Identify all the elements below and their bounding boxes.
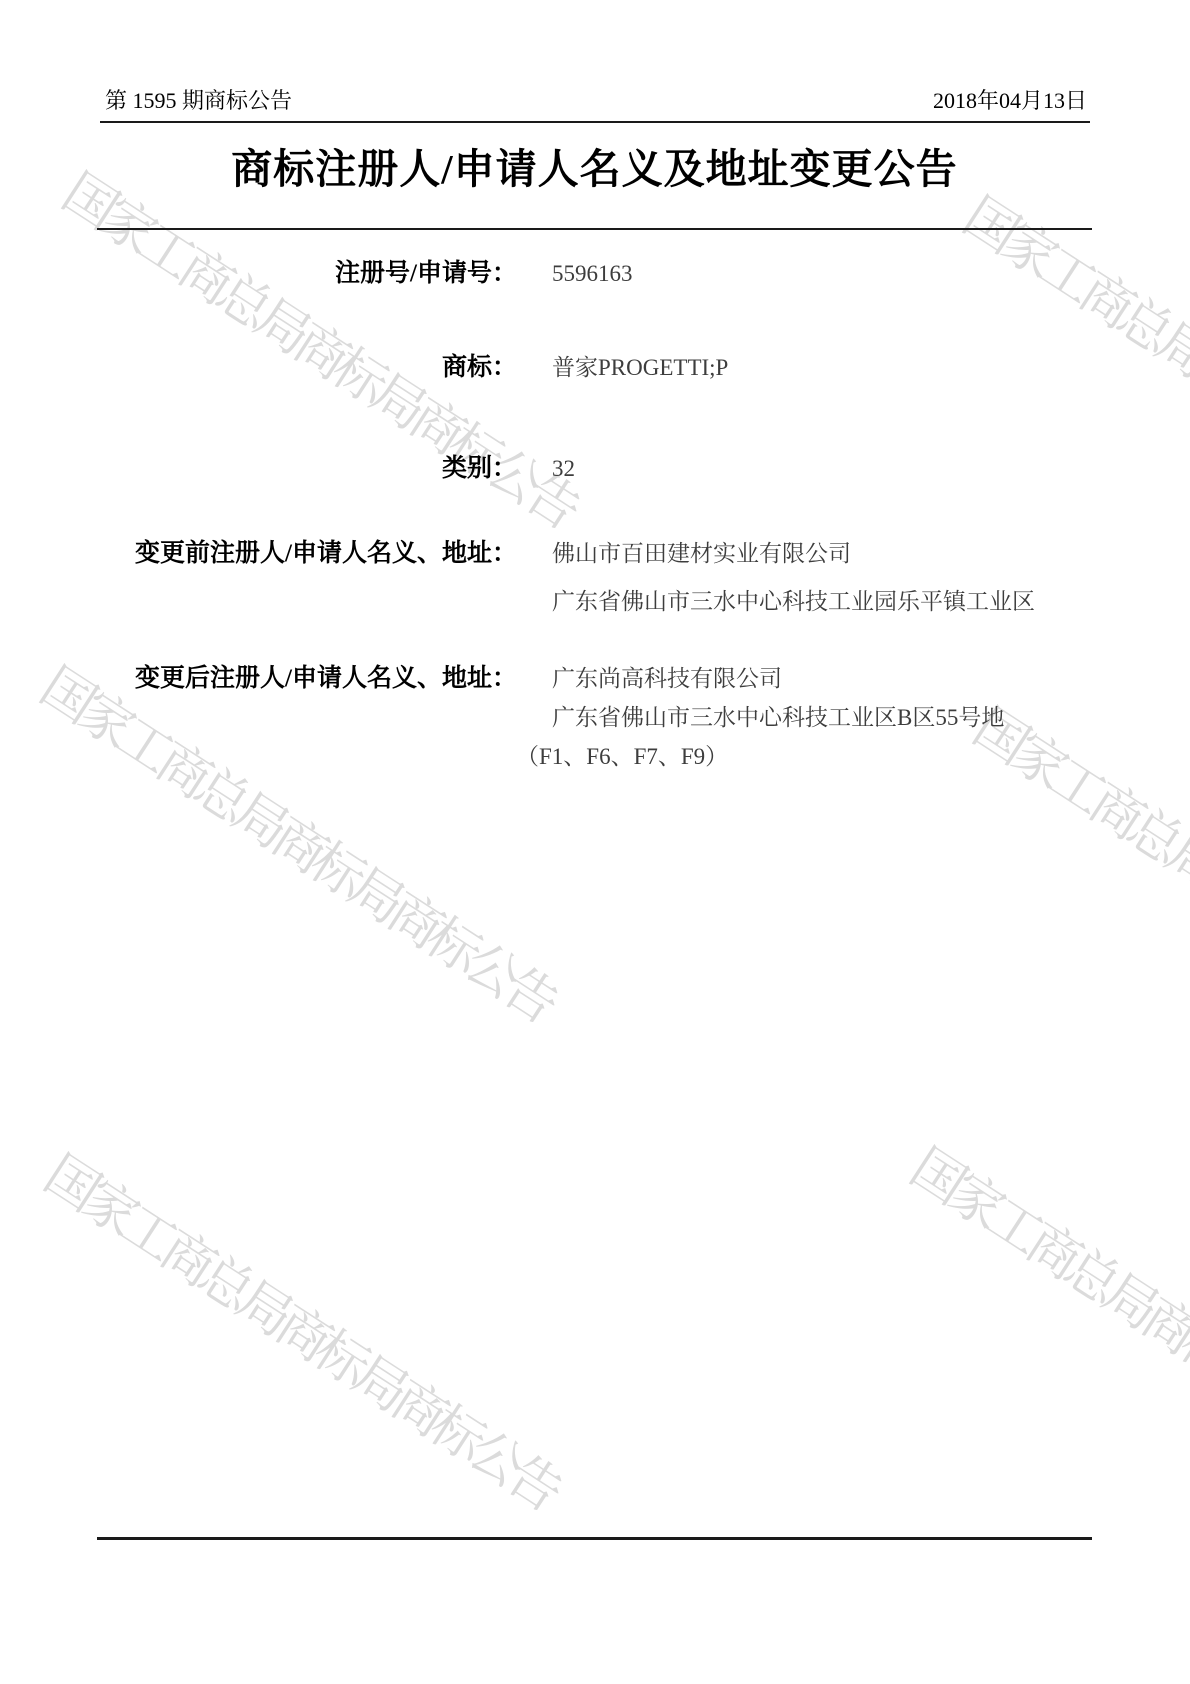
watermark-bottom-right: 国家工商总局商标局商标公告 (901, 1141, 1190, 1511)
gazette-date: 2018年04月13日 (933, 88, 1087, 114)
gazette-page: 国家工商总局商标局商标公告 国家工商总局商标局商标公告 国家工商总局商标局商标公… (0, 0, 1190, 1684)
field-after-change-label: 变更后注册人/申请人名义、地址： (97, 663, 517, 695)
field-class-label: 类别： (97, 453, 517, 485)
page-title: 商标注册人/申请人名义及地址变更公告 (97, 144, 1092, 194)
field-before-change-label: 变更前注册人/申请人名义、地址： (97, 538, 517, 570)
after-change-name: 广东尚高科技有限公司 (552, 663, 1004, 695)
footer-rule (97, 1537, 1092, 1540)
after-change-address-units: （F1、F6、F7、F9） (516, 741, 1004, 773)
field-registration-number-value: 5596163 (552, 258, 633, 290)
class-number: 32 (552, 453, 575, 485)
before-change-address: 广东省佛山市三水中心科技工业园乐平镇工业区 (552, 586, 1035, 618)
watermark-bottom-left: 国家工商总局商标局商标公告 (35, 1148, 565, 1518)
field-after-change: 变更后注册人/申请人名义、地址： 广东尚高科技有限公司 广东省佛山市三水中心科技… (97, 663, 1097, 773)
header-rule (100, 121, 1090, 123)
field-registration-number: 注册号/申请号： 5596163 (97, 258, 1097, 290)
field-trademark-value: 普家PROGETTI;P (552, 352, 728, 384)
gazette-issue-number: 第 1595 期商标公告 (105, 88, 292, 114)
trademark-name: 普家PROGETTI;P (552, 352, 728, 384)
field-registration-number-label: 注册号/申请号： (97, 258, 517, 290)
field-trademark-label: 商标： (97, 352, 517, 384)
field-before-change-value: 佛山市百田建材实业有限公司 广东省佛山市三水中心科技工业园乐平镇工业区 (552, 538, 1035, 618)
field-after-change-value: 广东尚高科技有限公司 广东省佛山市三水中心科技工业区B区55号地 （F1、F6、… (552, 663, 1004, 773)
title-rule (97, 228, 1092, 230)
registration-number: 5596163 (552, 258, 633, 290)
field-before-change: 变更前注册人/申请人名义、地址： 佛山市百田建材实业有限公司 广东省佛山市三水中… (97, 538, 1097, 618)
field-trademark: 商标： 普家PROGETTI;P (97, 352, 1097, 384)
before-change-name: 佛山市百田建材实业有限公司 (552, 538, 1035, 570)
field-class: 类别： 32 (97, 453, 1097, 485)
after-change-address: 广东省佛山市三水中心科技工业区B区55号地 (552, 702, 1004, 734)
field-class-value: 32 (552, 453, 575, 485)
